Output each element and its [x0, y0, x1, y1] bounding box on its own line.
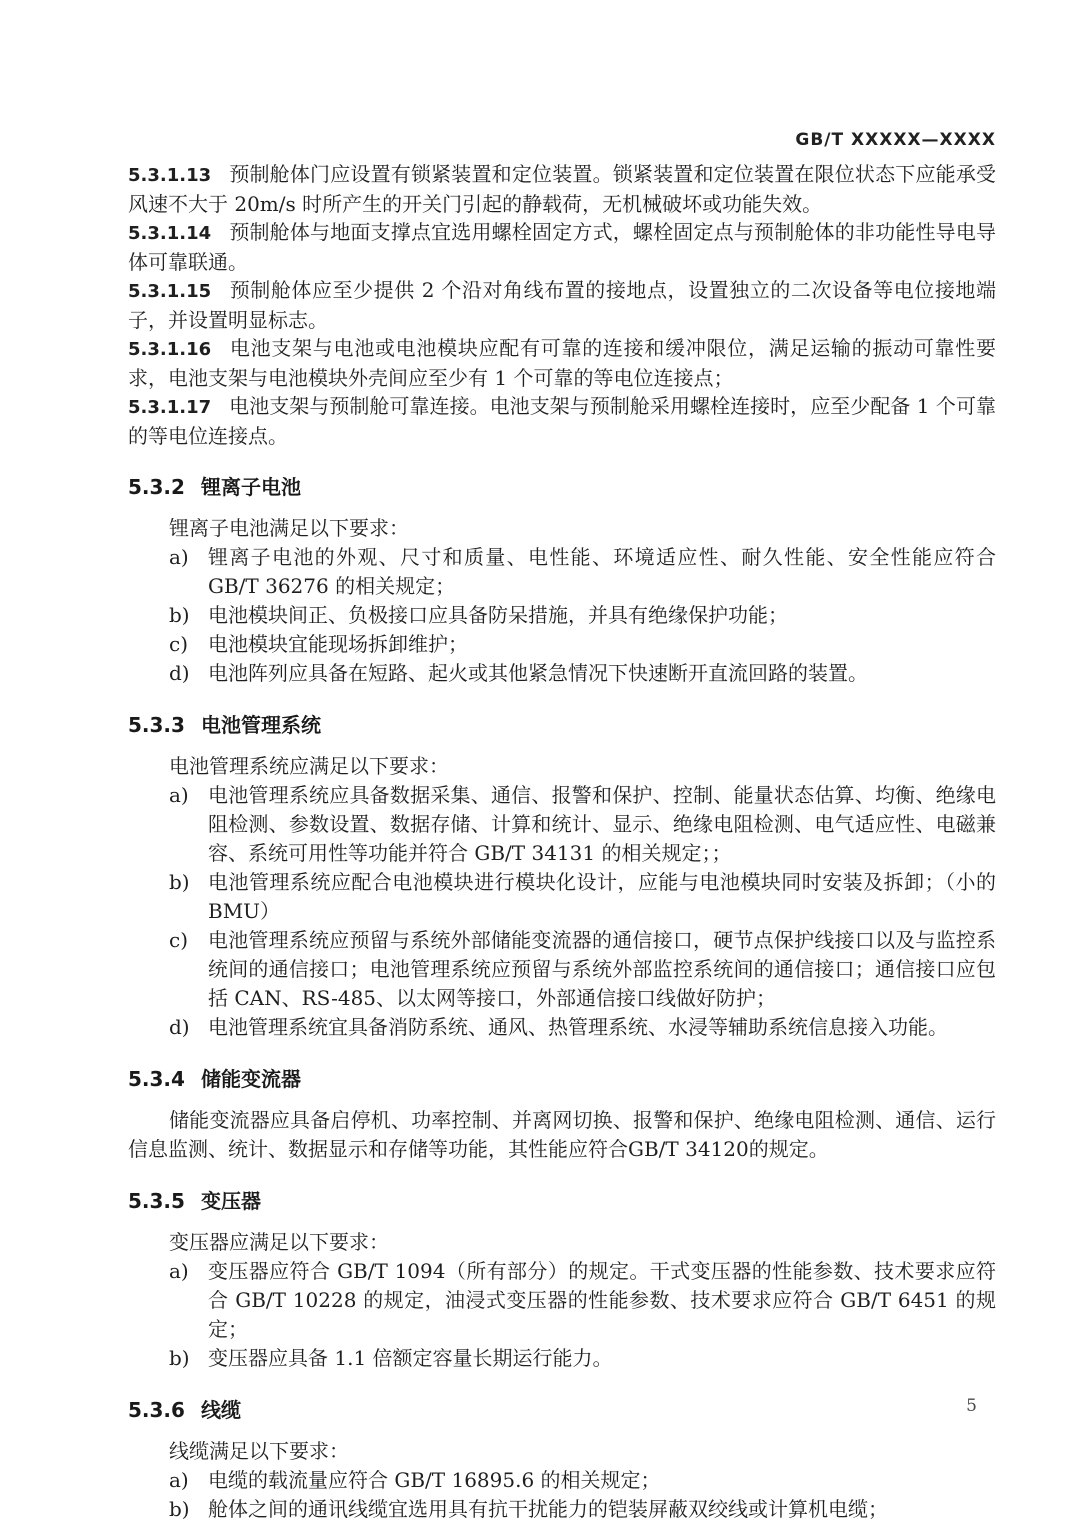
list-item: b)舱体之间的通讯线缆宜选用具有抗干扰能力的铠装屏蔽双绞线或计算机电缆； — [128, 1495, 996, 1524]
clause-paragraph: 5.3.1.14预制舱体与地面支撑点宜选用螺栓固定方式，螺栓固定点与预制舱体的非… — [128, 218, 996, 276]
section-number: 5.3.2 — [128, 475, 185, 499]
clause-number: 5.3.1.14 — [128, 223, 211, 244]
list-item-label: a) — [169, 781, 189, 810]
list-item-text: 变压器应具备 1.1 倍额定容量长期运行能力。 — [208, 1346, 613, 1370]
list-item-label: a) — [169, 543, 189, 572]
section-heading: 5.3.5变压器 — [128, 1190, 996, 1212]
section-number: 5.3.6 — [128, 1398, 185, 1422]
list-item: b)变压器应具备 1.1 倍额定容量长期运行能力。 — [128, 1344, 996, 1373]
list-item-text: 电池管理系统应具备数据采集、通信、报警和保护、控制、能量状态估算、均衡、绝缘电阻… — [208, 783, 996, 865]
section-number: 5.3.4 — [128, 1067, 185, 1091]
list-item-label: a) — [169, 1466, 189, 1495]
standard-number-header: GB/T XXXXX—XXXX — [128, 130, 996, 150]
list-item-label: b) — [169, 1344, 190, 1373]
clause-text: 预制舱体与地面支撑点宜选用螺栓固定方式，螺栓固定点与预制舱体的非功能性导电导体可… — [128, 220, 996, 274]
clause-number: 5.3.1.16 — [128, 339, 211, 360]
list-item: a)锂离子电池的外观、尺寸和质量、电性能、环境适应性、耐久性能、安全性能应符合 … — [128, 543, 996, 601]
clause-text: 电池支架与预制舱可靠连接。电池支架与预制舱采用螺栓连接时，应至少配备 1 个可靠… — [128, 394, 996, 448]
clause-text: 预制舱体门应设置有锁紧装置和定位装置。锁紧装置和定位装置在限位状态下应能承受风速… — [128, 162, 996, 216]
list-item: c)电池模块宜能现场拆卸维护； — [128, 630, 996, 659]
section-number: 5.3.5 — [128, 1189, 185, 1213]
section-title: 储能变流器 — [201, 1067, 301, 1091]
list-item: d)电池阵列应具备在短路、起火或其他紧急情况下快速断开直流回路的装置。 — [128, 659, 996, 688]
list-item-text: 舱体之间的通讯线缆宜选用具有抗干扰能力的铠装屏蔽双绞线或计算机电缆； — [208, 1497, 888, 1521]
list-item-label: b) — [169, 868, 190, 897]
list-item-text: 电池管理系统宜具备消防系统、通风、热管理系统、水浸等辅助系统信息接入功能。 — [208, 1015, 948, 1039]
section-heading: 5.3.6线缆 — [128, 1399, 996, 1421]
section-intro: 线缆满足以下要求： — [128, 1437, 996, 1466]
clause-number: 5.3.1.15 — [128, 281, 211, 302]
list-item-text: 电池模块宜能现场拆卸维护； — [208, 632, 468, 656]
list-item-text: 电池管理系统应配合电池模块进行模块化设计，应能与电池模块同时安装及拆卸；（小的 … — [208, 870, 996, 923]
list-item-label: b) — [169, 1495, 190, 1524]
section-heading: 5.3.2锂离子电池 — [128, 476, 996, 498]
list-item-text: 电池管理系统应预留与系统外部储能变流器的通信接口，硬节点保护线接口以及与监控系统… — [208, 928, 996, 1010]
list-item: b)电池模块间正、负极接口应具备防呆措施，并具有绝缘保护功能； — [128, 601, 996, 630]
list-item-label: b) — [169, 601, 190, 630]
clause-text: 预制舱体应至少提供 2 个沿对角线布置的接地点，设置独立的二次设备等电位接地端子… — [128, 278, 996, 332]
list-item-text: 电池阵列应具备在短路、起火或其他紧急情况下快速断开直流回路的装置。 — [208, 661, 868, 685]
list-item: a)电缆的载流量应符合 GB/T 16895.6 的相关规定； — [128, 1466, 996, 1495]
list-item-label: d) — [169, 1013, 190, 1042]
section-title: 变压器 — [201, 1189, 261, 1213]
clause-paragraph: 5.3.1.13预制舱体门应设置有锁紧装置和定位装置。锁紧装置和定位装置在限位状… — [128, 160, 996, 218]
section-intro: 变压器应满足以下要求： — [128, 1228, 996, 1257]
section-intro: 电池管理系统应满足以下要求： — [128, 752, 996, 781]
clause-number: 5.3.1.13 — [128, 165, 211, 186]
clause-number: 5.3.1.17 — [128, 397, 211, 418]
clause-paragraph: 5.3.1.15预制舱体应至少提供 2 个沿对角线布置的接地点，设置独立的二次设… — [128, 276, 996, 334]
list-item-label: a) — [169, 1257, 189, 1286]
list-item: b)电池管理系统应配合电池模块进行模块化设计，应能与电池模块同时安装及拆卸；（小… — [128, 868, 996, 926]
content-area: GB/T XXXXX—XXXX 5.3.1.13预制舱体门应设置有锁紧装置和定位… — [128, 130, 996, 1524]
list-item-label: d) — [169, 659, 190, 688]
section-title: 线缆 — [201, 1398, 241, 1422]
list-item: a)电池管理系统应具备数据采集、通信、报警和保护、控制、能量状态估算、均衡、绝缘… — [128, 781, 996, 868]
section-heading: 5.3.3电池管理系统 — [128, 714, 996, 736]
section-heading: 5.3.4储能变流器 — [128, 1068, 996, 1090]
document-page: GB/T XXXXX—XXXX 5.3.1.13预制舱体门应设置有锁紧装置和定位… — [0, 0, 1080, 1527]
section-intro: 锂离子电池满足以下要求： — [128, 514, 996, 543]
section-number: 5.3.3 — [128, 713, 185, 737]
section-title: 锂离子电池 — [201, 475, 301, 499]
document-body: 5.3.1.13预制舱体门应设置有锁紧装置和定位装置。锁紧装置和定位装置在限位状… — [128, 160, 996, 1524]
list-item-text: 电池模块间正、负极接口应具备防呆措施，并具有绝缘保护功能； — [208, 603, 788, 627]
page-number: 5 — [966, 1396, 977, 1416]
list-item: c)电池管理系统应预留与系统外部储能变流器的通信接口，硬节点保护线接口以及与监控… — [128, 926, 996, 1013]
list-item: d)电池管理系统宜具备消防系统、通风、热管理系统、水浸等辅助系统信息接入功能。 — [128, 1013, 996, 1042]
list-item-text: 电缆的载流量应符合 GB/T 16895.6 的相关规定； — [208, 1468, 661, 1492]
section-title: 电池管理系统 — [201, 713, 321, 737]
list-item-text: 锂离子电池的外观、尺寸和质量、电性能、环境适应性、耐久性能、安全性能应符合 GB… — [208, 545, 996, 598]
list-item: a)变压器应符合 GB/T 1094（所有部分）的规定。干式变压器的性能参数、技… — [128, 1257, 996, 1344]
list-item-label: c) — [169, 926, 188, 955]
clause-paragraph: 5.3.1.16电池支架与电池或电池模块应配有可靠的连接和缓冲限位，满足运输的振… — [128, 334, 996, 392]
section-paragraph: 储能变流器应具备启停机、功率控制、并离网切换、报警和保护、绝缘电阻检测、通信、运… — [128, 1106, 996, 1164]
list-item-text: 变压器应符合 GB/T 1094（所有部分）的规定。干式变压器的性能参数、技术要… — [208, 1259, 996, 1341]
clause-text: 电池支架与电池或电池模块应配有可靠的连接和缓冲限位，满足运输的振动可靠性要求，电… — [128, 336, 996, 390]
list-item-label: c) — [169, 630, 188, 659]
clause-paragraph: 5.3.1.17电池支架与预制舱可靠连接。电池支架与预制舱采用螺栓连接时，应至少… — [128, 392, 996, 450]
